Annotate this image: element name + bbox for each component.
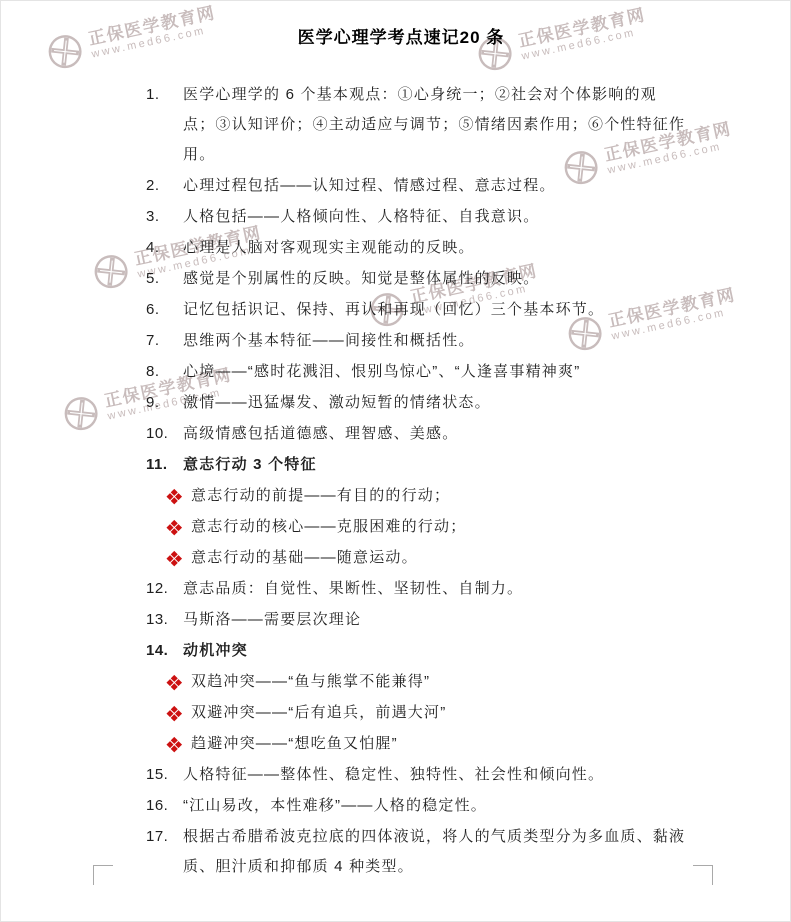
item-text: 心境——“感时花溅泪、恨别鸟惊心”、“人逢喜事精神爽” <box>183 357 688 387</box>
list-item-9: 9. 激情——迅猛爆发、激动短暂的情绪状态。 <box>146 388 706 418</box>
med66-logo-icon <box>89 250 133 294</box>
item-number: 8. <box>146 357 183 387</box>
sub-bullet-item: 趋避冲突——“想吃鱼又怕腥” <box>146 729 706 759</box>
list-item-1: 1. 医学心理学的 6 个基本观点：①心身统一；②社会对个体影响的观点；③认知评… <box>146 80 706 170</box>
list-item-3: 3. 人格包括——人格倾向性、人格特征、自我意识。 <box>146 202 706 232</box>
list-item-8: 8. 心境——“感时花溅泪、恨别鸟惊心”、“人逢喜事精神爽” <box>146 357 706 387</box>
list-item-10: 10. 高级情感包括道德感、理智感、美感。 <box>146 419 706 449</box>
item-number: 4. <box>146 233 183 263</box>
med66-logo-icon <box>59 392 103 436</box>
list-item-11: 11. 意志行动 3 个特征 <box>146 450 706 480</box>
item-text: 思维两个基本特征——间接性和概括性。 <box>183 326 688 356</box>
item-text: 根据古希腊希波克拉底的四体液说，将人的气质类型分为多血质、黏液质、胆汁质和抑郁质… <box>183 822 688 882</box>
item-number: 14. <box>146 636 183 666</box>
item-number: 17. <box>146 822 183 882</box>
list-item-5: 5. 感觉是个别属性的反映。知觉是整体属性的反映。 <box>146 264 706 294</box>
item-text: “江山易改，本性难移”——人格的稳定性。 <box>183 791 688 821</box>
item-number: 16. <box>146 791 183 821</box>
list-item-2: 2. 心理过程包括——认知过程、情感过程、意志过程。 <box>146 171 706 201</box>
diamond-bullet-icon <box>169 512 191 542</box>
list-item-13: 13. 马斯洛——需要层次理论 <box>146 605 706 635</box>
item-number: 6. <box>146 295 183 325</box>
document-page: 正保医学教育网 www.med66.com 正保医学教育网 www.med66.… <box>0 0 791 922</box>
item-text: 动机冲突 <box>183 636 688 666</box>
text-boundary-mark-left <box>93 865 113 885</box>
diamond-bullet-icon <box>169 543 191 573</box>
diamond-bullet-icon <box>169 667 191 697</box>
sub-bullet-item: 双避冲突——“后有追兵，前遇大河” <box>146 698 706 728</box>
item-number: 7. <box>146 326 183 356</box>
item-text: 意志品质：自觉性、果断性、坚韧性、自制力。 <box>183 574 688 604</box>
sub-bullet-item: 意志行动的基础——随意运动。 <box>146 543 706 573</box>
item-text: 感觉是个别属性的反映。知觉是整体属性的反映。 <box>183 264 688 294</box>
list-item-6: 6. 记忆包括识记、保持、再认和再现（回忆）三个基本环节。 <box>146 295 706 325</box>
page-title: 医学心理学考点速记20 条 <box>93 23 709 48</box>
list-item-17: 17. 根据古希腊希波克拉底的四体液说，将人的气质类型分为多血质、黏液质、胆汁质… <box>146 822 706 882</box>
item-number: 9. <box>146 388 183 418</box>
sub-bullet-item: 意志行动的核心——克服困难的行动； <box>146 512 706 542</box>
list-item-4: 4. 心理是人脑对客观现实主观能动的反映。 <box>146 233 706 263</box>
item-text: 记忆包括识记、保持、再认和再现（回忆）三个基本环节。 <box>183 295 688 325</box>
item-text: 心理过程包括——认知过程、情感过程、意志过程。 <box>183 171 688 201</box>
list-item-14: 14. 动机冲突 <box>146 636 706 666</box>
item-text: 马斯洛——需要层次理论 <box>183 605 688 635</box>
text-boundary-mark-right <box>693 865 713 885</box>
item-text: 意志行动 3 个特征 <box>183 450 688 480</box>
item-number: 12. <box>146 574 183 604</box>
diamond-bullet-icon <box>169 481 191 511</box>
item-text: 医学心理学的 6 个基本观点：①心身统一；②社会对个体影响的观点；③认知评价；④… <box>183 80 688 170</box>
item-text: 心理是人脑对客观现实主观能动的反映。 <box>183 233 688 263</box>
item-text: 激情——迅猛爆发、激动短暂的情绪状态。 <box>183 388 688 418</box>
item-number: 3. <box>146 202 183 232</box>
list-item-12: 12. 意志品质：自觉性、果断性、坚韧性、自制力。 <box>146 574 706 604</box>
sub-bullet-text: 意志行动的基础——随意运动。 <box>191 543 669 573</box>
sub-bullet-text: 双避冲突——“后有追兵，前遇大河” <box>191 698 669 728</box>
item-number: 10. <box>146 419 183 449</box>
sub-bullet-text: 双趋冲突——“鱼与熊掌不能兼得” <box>191 667 669 697</box>
exam-points-list: 1. 医学心理学的 6 个基本观点：①心身统一；②社会对个体影响的观点；③认知评… <box>146 80 706 883</box>
list-item-16: 16. “江山易改，本性难移”——人格的稳定性。 <box>146 791 706 821</box>
list-item-15: 15. 人格特征——整体性、稳定性、独特性、社会性和倾向性。 <box>146 760 706 790</box>
sub-bullet-text: 趋避冲突——“想吃鱼又怕腥” <box>191 729 669 759</box>
item-number: 1. <box>146 80 183 170</box>
med66-logo-icon <box>43 30 87 74</box>
sub-bullet-text: 意志行动的前提——有目的的行动； <box>191 481 669 511</box>
item-number: 13. <box>146 605 183 635</box>
list-item-7: 7. 思维两个基本特征——间接性和概括性。 <box>146 326 706 356</box>
sub-bullet-item: 双趋冲突——“鱼与熊掌不能兼得” <box>146 667 706 697</box>
item-text: 高级情感包括道德感、理智感、美感。 <box>183 419 688 449</box>
item-text: 人格特征——整体性、稳定性、独特性、社会性和倾向性。 <box>183 760 688 790</box>
sub-bullet-item: 意志行动的前提——有目的的行动； <box>146 481 706 511</box>
item-number: 15. <box>146 760 183 790</box>
sub-bullet-text: 意志行动的核心——克服困难的行动； <box>191 512 669 542</box>
item-number: 2. <box>146 171 183 201</box>
item-text: 人格包括——人格倾向性、人格特征、自我意识。 <box>183 202 688 232</box>
item-number: 11. <box>146 450 183 480</box>
diamond-bullet-icon <box>169 729 191 759</box>
diamond-bullet-icon <box>169 698 191 728</box>
item-number: 5. <box>146 264 183 294</box>
